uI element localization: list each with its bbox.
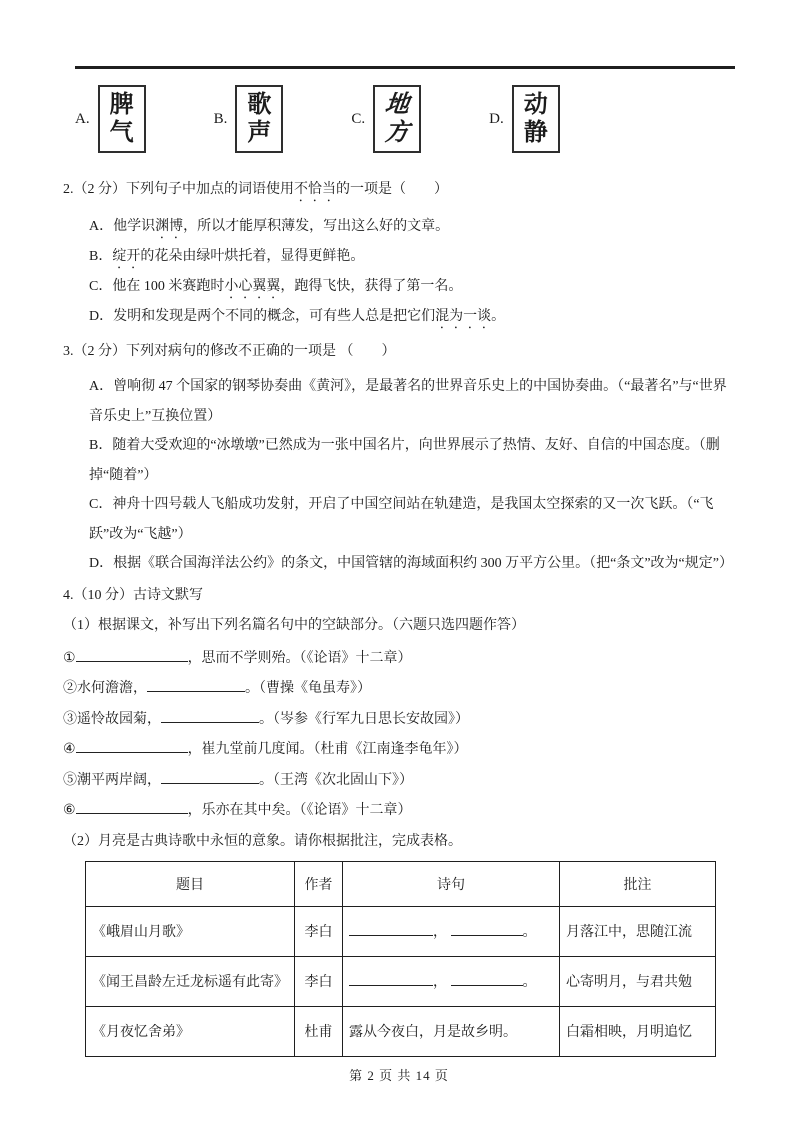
poem-note: 心寄明月，与君共勉 (560, 956, 716, 1006)
calligraphy-char: 脾 (110, 91, 134, 119)
poem-author: 李白 (295, 906, 343, 956)
question-4-title: 4.（10 分）古诗文默写 (63, 581, 735, 611)
answer-blank (161, 708, 259, 722)
question-3-option-b: B．随着大受欢迎的“冰墩墩”已然成为一张中国名片，向世界展示了热情、友好、自信的… (89, 431, 735, 490)
fill-item-1: ①，思而不学则殆。（《论语》十二章） (63, 644, 735, 675)
choice-label-b: B. (214, 111, 228, 128)
question-2-option-a: A．他学识渊博，所以才能厚积薄发，写出这么好的文章。 (89, 212, 735, 242)
question-3-option-c: C．神舟十四号载人飞船成功发射，开启了中国空间站在轨建造，是我国太空探索的又一次… (89, 490, 735, 549)
calligraphy-box-a: 脾 气 (98, 85, 146, 153)
poem-author: 杜甫 (295, 1006, 343, 1056)
table-header-title: 题目 (86, 861, 295, 906)
table-header-author: 作者 (295, 861, 343, 906)
question-4-part2: （2）月亮是古典诗歌中永恒的意象。请你根据批注，完成表格。 (63, 827, 735, 857)
question-4: 4.（10 分）古诗文默写 （1）根据课文，补写出下列名篇名句中的空缺部分。（六… (63, 581, 735, 1057)
table-header-row: 题目 作者 诗句 批注 (86, 861, 716, 906)
poem-verse: 露从今夜白，月是故乡明。 (343, 1006, 560, 1056)
question-2-option-d: D．发明和发现是两个不同的概念，可有些人总是把它们混为一谈。 (89, 302, 735, 332)
question-4-part1: （1）根据课文，补写出下列名篇名句中的空缺部分。（六题只选四题作答） (63, 611, 735, 641)
poem-title: 《峨眉山月歌》 (86, 906, 295, 956)
fill-item-4: ④，崔九堂前几度闻。（杜甫《江南逢李龟年》） (63, 735, 735, 766)
poem-note: 月落江中，思随江流 (560, 906, 716, 956)
calligraphy-choices: A. 脾 气 B. 歌 声 C. 地 方 D. 动 静 (75, 79, 735, 159)
poem-title: 《月夜忆舍弟》 (86, 1006, 295, 1056)
calligraphy-char: 动 (524, 91, 548, 119)
calligraphy-char: 气 (110, 119, 134, 147)
calligraphy-box-d: 动 静 (512, 85, 560, 153)
poetry-table: 题目 作者 诗句 批注 《峨眉山月歌》 李白 ， 。 月落江中，思随江流 《闻王… (85, 861, 716, 1057)
calligraphy-char: 方 (384, 119, 411, 147)
calligraphy-char: 地 (384, 91, 411, 119)
answer-blank (451, 922, 523, 936)
poem-verse: ， 。 (343, 906, 560, 956)
answer-blank (76, 739, 188, 753)
table-row: 《峨眉山月歌》 李白 ， 。 月落江中，思随江流 (86, 906, 716, 956)
answer-blank (76, 800, 188, 814)
question-2: 2.（2 分）下列句子中加点的词语使用不恰当的一项是（ ） A．他学识渊博，所以… (63, 175, 735, 332)
question-2-option-c: C．他在 100 米赛跑时小心翼翼，跑得飞快，获得了第一名。 (89, 272, 735, 302)
table-row: 《月夜忆舍弟》 杜甫 露从今夜白，月是故乡明。 白霜相映，月明追忆 (86, 1006, 716, 1056)
poem-author: 李白 (295, 956, 343, 1006)
choice-label-a: A. (75, 111, 90, 128)
table-header-verse: 诗句 (343, 861, 560, 906)
fill-item-5: ⑤潮平两岸阔，。（王湾《次北固山下》） (63, 766, 735, 797)
answer-blank (349, 972, 433, 986)
question-3: 3.（2 分）下列对病句的修改不正确的一项是 （ ） A．曾响彻 47 个国家的… (63, 337, 735, 579)
choice-item-a: A. 脾 气 (75, 85, 146, 153)
question-3-stem: 3.（2 分）下列对病句的修改不正确的一项是 （ ） (63, 337, 735, 367)
exam-page: A. 脾 气 B. 歌 声 C. 地 方 D. 动 静 (0, 0, 793, 1122)
calligraphy-box-b: 歌 声 (235, 85, 283, 153)
poem-verse: ， 。 (343, 956, 560, 1006)
choice-item-c: C. 地 方 (351, 85, 421, 153)
calligraphy-char: 声 (247, 119, 271, 147)
question-3-option-a: A．曾响彻 47 个国家的钢琴协奏曲《黄河》，是最著名的世界音乐史上的中国协奏曲… (89, 372, 735, 431)
page-footer: 第 2 页 共 14 页 (63, 1067, 735, 1085)
choice-label-d: D. (489, 111, 504, 128)
fill-item-2: ②水何澹澹，。（曹操《龟虽寿》） (63, 674, 735, 705)
answer-blank (451, 972, 523, 986)
answer-blank (349, 922, 433, 936)
choice-item-b: B. 歌 声 (214, 85, 284, 153)
fill-item-3: ③遥怜故园菊，。（岑参《行军九日思长安故园》） (63, 705, 735, 736)
calligraphy-char: 静 (524, 119, 548, 147)
fill-item-6: ⑥，乐亦在其中矣。（《论语》十二章） (63, 796, 735, 827)
answer-blank (161, 769, 259, 783)
calligraphy-box-c: 地 方 (373, 85, 421, 153)
choice-label-c: C. (351, 111, 365, 128)
calligraphy-char: 歌 (247, 91, 271, 119)
table-header-note: 批注 (560, 861, 716, 906)
table-row: 《闻王昌龄左迁龙标遥有此寄》 李白 ， 。 心寄明月，与君共勉 (86, 956, 716, 1006)
choice-item-d: D. 动 静 (489, 85, 560, 153)
answer-blank (76, 647, 188, 661)
section-divider (75, 66, 735, 69)
question-2-option-b: B．绽开的花朵由绿叶烘托着，显得更鲜艳。 (89, 242, 735, 272)
answer-blank (147, 678, 245, 692)
question-3-option-d: D．根据《联合国海洋法公约》的条文，中国管辖的海域面积约 300 万平方公里。（… (89, 549, 735, 579)
poem-title: 《闻王昌龄左迁龙标遥有此寄》 (86, 956, 295, 1006)
poem-note: 白霜相映，月明追忆 (560, 1006, 716, 1056)
question-2-stem: 2.（2 分）下列句子中加点的词语使用不恰当的一项是（ ） (63, 175, 735, 205)
